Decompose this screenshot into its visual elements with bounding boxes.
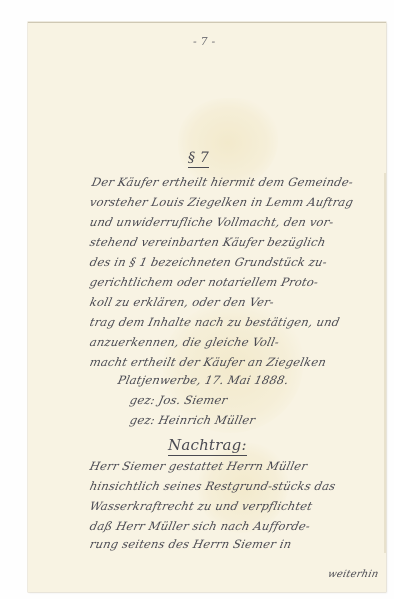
body-line: anzuerkennen, die gleiche Voll- [89,335,281,349]
body-line: macht ertheilt der Käufer an Ziegelken [89,355,328,369]
body-line: Der Käufer ertheilt hiermit dem Gemeinde… [91,175,355,189]
body-line: vorsteher Louis Ziegelken in Lemm Auftra… [89,195,355,209]
section-heading: § 7 [188,150,209,168]
body-line: trag dem Inhalte nach zu bestätigen, und [89,315,341,329]
page-edge-shadow [384,173,386,553]
page-number: - 7 - [193,35,215,48]
place-date: Platjenwerbe, 17. Mai 1888. [117,373,291,387]
body-line: und unwiderrufliche Vollmacht, den vor- [89,215,336,229]
addendum-line: Wasserkraftrecht zu und verpflichtet [89,499,314,513]
signature: gez: Jos. Siemer [129,393,229,407]
body-line: koll zu erklären, oder den Ver- [89,295,276,309]
catchword: weiterhin [327,569,380,580]
addendum-line: rung seitens des Herrn Siemer in [89,537,293,551]
body-line: gerichtlichem oder notariellem Proto- [89,275,320,289]
document-page: - 7 - § 7 Der Käufer ertheilt hiermit de… [28,22,386,592]
addendum-line: Herr Siemer gestattet Herrn Müller [89,459,309,473]
addendum-heading: Nachtrag: [168,436,247,456]
body-line: des in § 1 bezeichneten Grundstück zu- [89,255,329,269]
addendum-line: hinsichtlich seines Restgrund-stücks das [89,479,337,493]
body-line: stehend vereinbarten Käufer bezüglich [89,235,328,249]
signature: gez: Heinrich Müller [129,413,257,427]
addendum-line: daß Herr Müller sich nach Aufforde- [89,519,312,533]
